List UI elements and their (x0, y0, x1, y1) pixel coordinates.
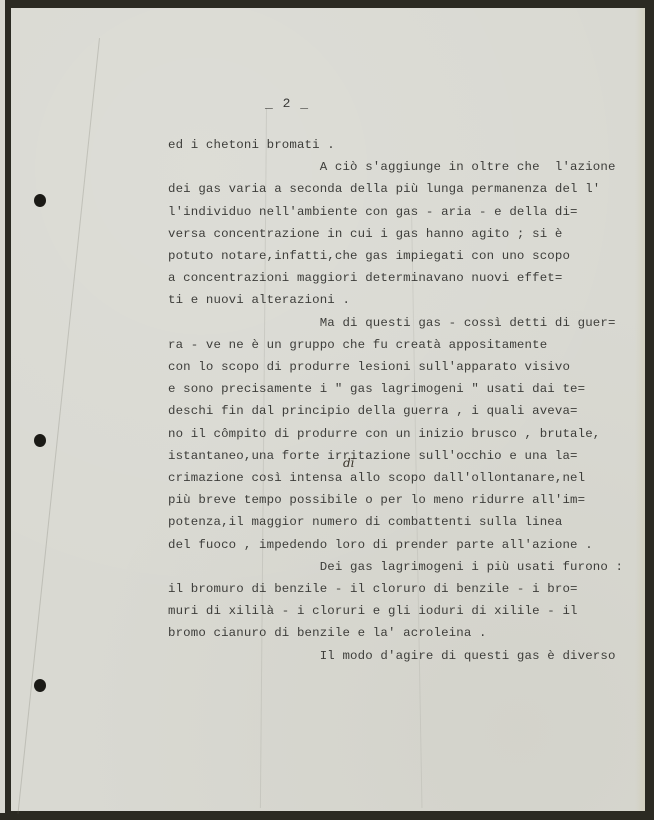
text-line: il bromuro di benzile - il cloruro di be… (168, 582, 578, 596)
text-line: Ma di questi gas - cossì detti di guer= (168, 316, 616, 330)
punch-hole (34, 434, 46, 447)
text-line: ra - ve ne è un gruppo che fu creatà app… (168, 338, 547, 352)
adjacent-page-edge (0, 0, 5, 813)
text-line: potenza,il maggior numero di combattenti… (168, 515, 562, 529)
page-number: _ 2 _ (265, 96, 309, 111)
text-line: versa concentrazione in cui i gas hanno … (168, 227, 562, 241)
text-line: Dei gas lagrimogeni i più usati furono : (168, 560, 623, 574)
punch-hole (34, 194, 46, 207)
text-line: Il modo d'agire di questi gas è diverso (168, 649, 616, 663)
handwritten-correction: di (343, 456, 355, 470)
text-line: a concentrazioni maggiori determinavano … (168, 271, 562, 285)
document-page: _ 2 _ ed i chetoni bromati . A ciò s'agg… (11, 8, 645, 811)
text-line: ed i chetoni bromati . (168, 138, 335, 152)
text-line: no il cômpito di produrre con un inizio … (168, 427, 600, 441)
text-line: del fuoco , impedendo loro di prender pa… (168, 538, 593, 552)
paper-crease (411, 208, 422, 808)
text-line: con lo scopo di produrre lesioni sull'ap… (168, 360, 570, 374)
text-line: deschi fin dal principio della guerra , … (168, 404, 578, 418)
text-line: potuto notare,infatti,che gas impiegati … (168, 249, 570, 263)
text-line: ti e nuovi alterazioni . (168, 293, 350, 307)
text-line: A ciò s'aggiunge in oltre che l'azione (168, 160, 616, 174)
text-line: crimazione così intensa allo scopo dall'… (168, 471, 585, 485)
text-line: bromo cianuro di benzile e la' acroleina… (168, 626, 487, 640)
paper-crease (17, 38, 100, 814)
text-line: dei gas varia a seconda della più lunga … (168, 182, 600, 196)
text-line: più breve tempo possibile o per lo meno … (168, 493, 585, 507)
text-line: istantaneo,una forte irritazione sull'oc… (168, 449, 578, 463)
text-line: e sono precisamente i " gas lagrimogeni … (168, 382, 585, 396)
punch-hole (34, 679, 46, 692)
text-line: muri di xililà - i cloruri e gli ioduri … (168, 604, 578, 618)
text-line: l'individuo nell'ambiente con gas - aria… (168, 205, 578, 219)
